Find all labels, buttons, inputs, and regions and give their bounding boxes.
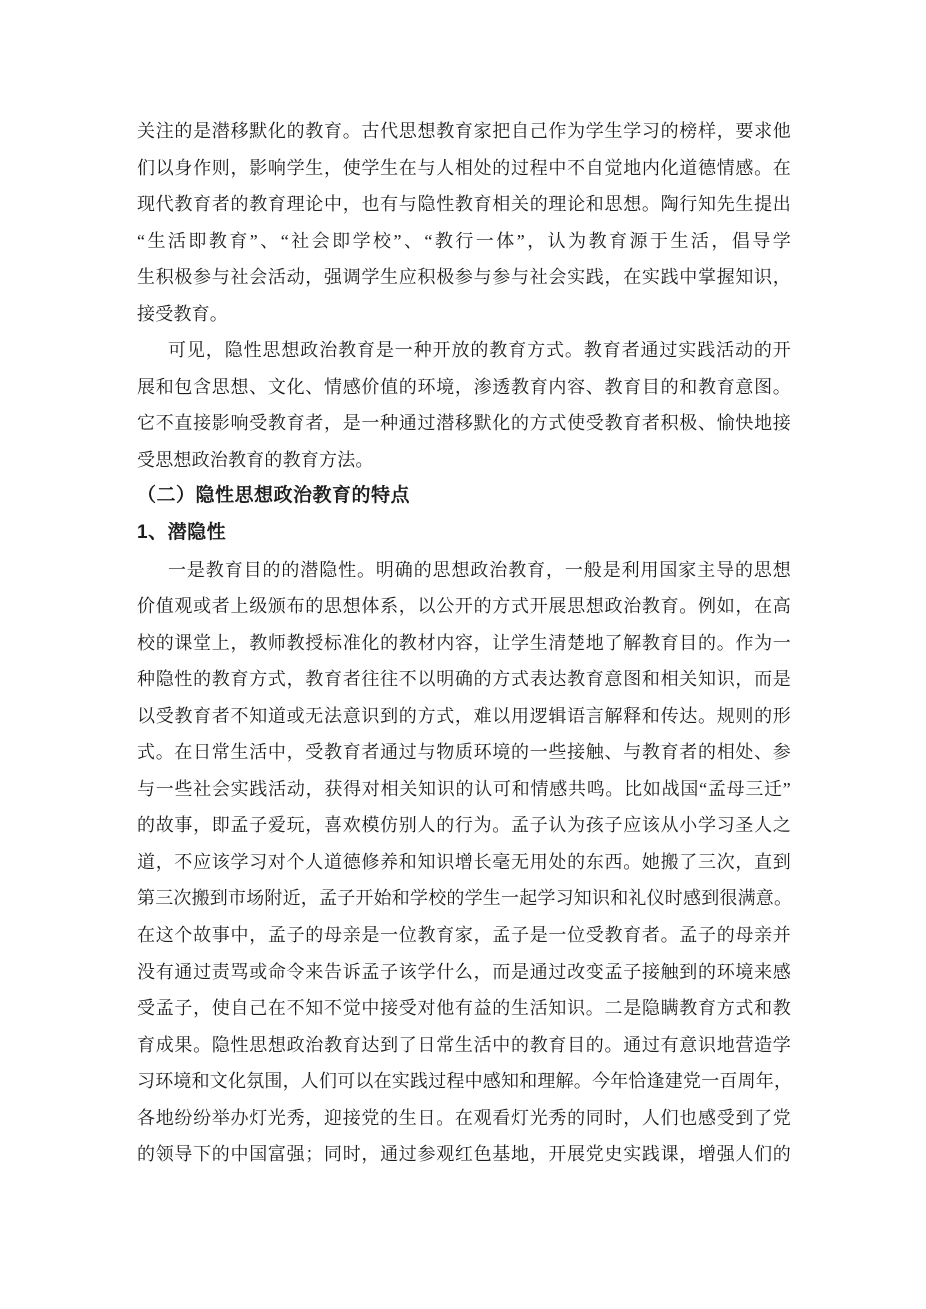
- text-line: 生积极参与社会活动，强调学生应积极参与参与社会实践，在实践中掌握知识，: [137, 259, 791, 296]
- text-line: 没有通过责骂或命令来告诉孟子该学什么，而是通过改变孟子接触到的环境来感: [137, 954, 791, 991]
- text-line: 种隐性的教育方式，教育者往往不以明确的方式表达教育意图和相关知识，而是: [137, 661, 791, 698]
- text-line: 可见，隐性思想政治教育是一种开放的教育方式。教育者通过实践活动的开: [137, 332, 791, 369]
- section-heading: （二）隐性思想政治教育的特点: [137, 478, 791, 515]
- text-line: 的领导下的中国富强；同时，通过参观红色基地，开展党史实践课，增强人们的: [137, 1136, 791, 1173]
- text-line: 关注的是潜移默化的教育。古代思想教育家把自己作为学生学习的榜样，要求他: [137, 113, 791, 150]
- text-line: 习环境和文化氛围，人们可以在实践过程中感知和理解。今年恰逢建党一百周年，: [137, 1063, 791, 1100]
- text-line: 道，不应该学习对个人道德修养和知识增长毫无用处的东西。她搬了三次，直到: [137, 844, 791, 881]
- text-line: 第三次搬到市场附近，孟子开始和学校的学生一起学习知识和礼仪时感到很满意。: [137, 880, 791, 917]
- text-line: 的故事，即孟子爱玩，喜欢模仿别人的行为。孟子认为孩子应该从小学习圣人之: [137, 807, 791, 844]
- text-line: 与一些社会实践活动，获得对相关知识的认可和情感共鸣。比如战国“孟母三迁”: [137, 771, 791, 808]
- text-line: 它不直接影响受教育者，是一种通过潜移默化的方式使受教育者积极、愉快地接: [137, 405, 791, 442]
- text-line: “生活即教育”、“社会即学校”、“教行一体”，认为教育源于生活，倡导学: [137, 223, 791, 260]
- text-line: 展和包含思想、文化、情感价值的环境，渗透教育内容、教育目的和教育意图。: [137, 369, 791, 406]
- text-line: 各地纷纷举办灯光秀，迎接党的生日。在观看灯光秀的同时，人们也感受到了党: [137, 1100, 791, 1137]
- text-line: 育成果。隐性思想政治教育达到了日常生活中的教育目的。通过有意识地营造学: [137, 1027, 791, 1064]
- text-line: 一是教育目的的潜隐性。明确的思想政治教育，一般是利用国家主导的思想: [137, 552, 791, 589]
- sub-heading: 1、潜隐性: [137, 515, 791, 552]
- text-line: 受思想政治教育的教育方法。: [137, 442, 791, 479]
- text-line: 现代教育者的教育理论中，也有与隐性教育相关的理论和思想。陶行知先生提出: [137, 186, 791, 223]
- text-line: 以受教育者不知道或无法意识到的方式，难以用逻辑语言解释和传达。规则的形: [137, 698, 791, 735]
- text-line: 校的课堂上，教师教授标准化的教材内容，让学生清楚地了解教育目的。作为一: [137, 625, 791, 662]
- text-line: 们以身作则，影响学生，使学生在与人相处的过程中不自觉地内化道德情感。在: [137, 150, 791, 187]
- document-page: 关注的是潜移默化的教育。古代思想教育家把自己作为学生学习的榜样，要求他 们以身作…: [0, 0, 926, 1309]
- text-line: 在这个故事中，孟子的母亲是一位教育家，孟子是一位受教育者。孟子的母亲并: [137, 917, 791, 954]
- text-line: 式。在日常生活中，受教育者通过与物质环境的一些接触、与教育者的相处、参: [137, 734, 791, 771]
- text-line: 接受教育。: [137, 296, 791, 333]
- text-line: 受孟子，使自己在不知不觉中接受对他有益的生活知识。二是隐瞒教育方式和教: [137, 990, 791, 1027]
- text-line: 价值观或者上级颁布的思想体系，以公开的方式开展思想政治教育。例如，在高: [137, 588, 791, 625]
